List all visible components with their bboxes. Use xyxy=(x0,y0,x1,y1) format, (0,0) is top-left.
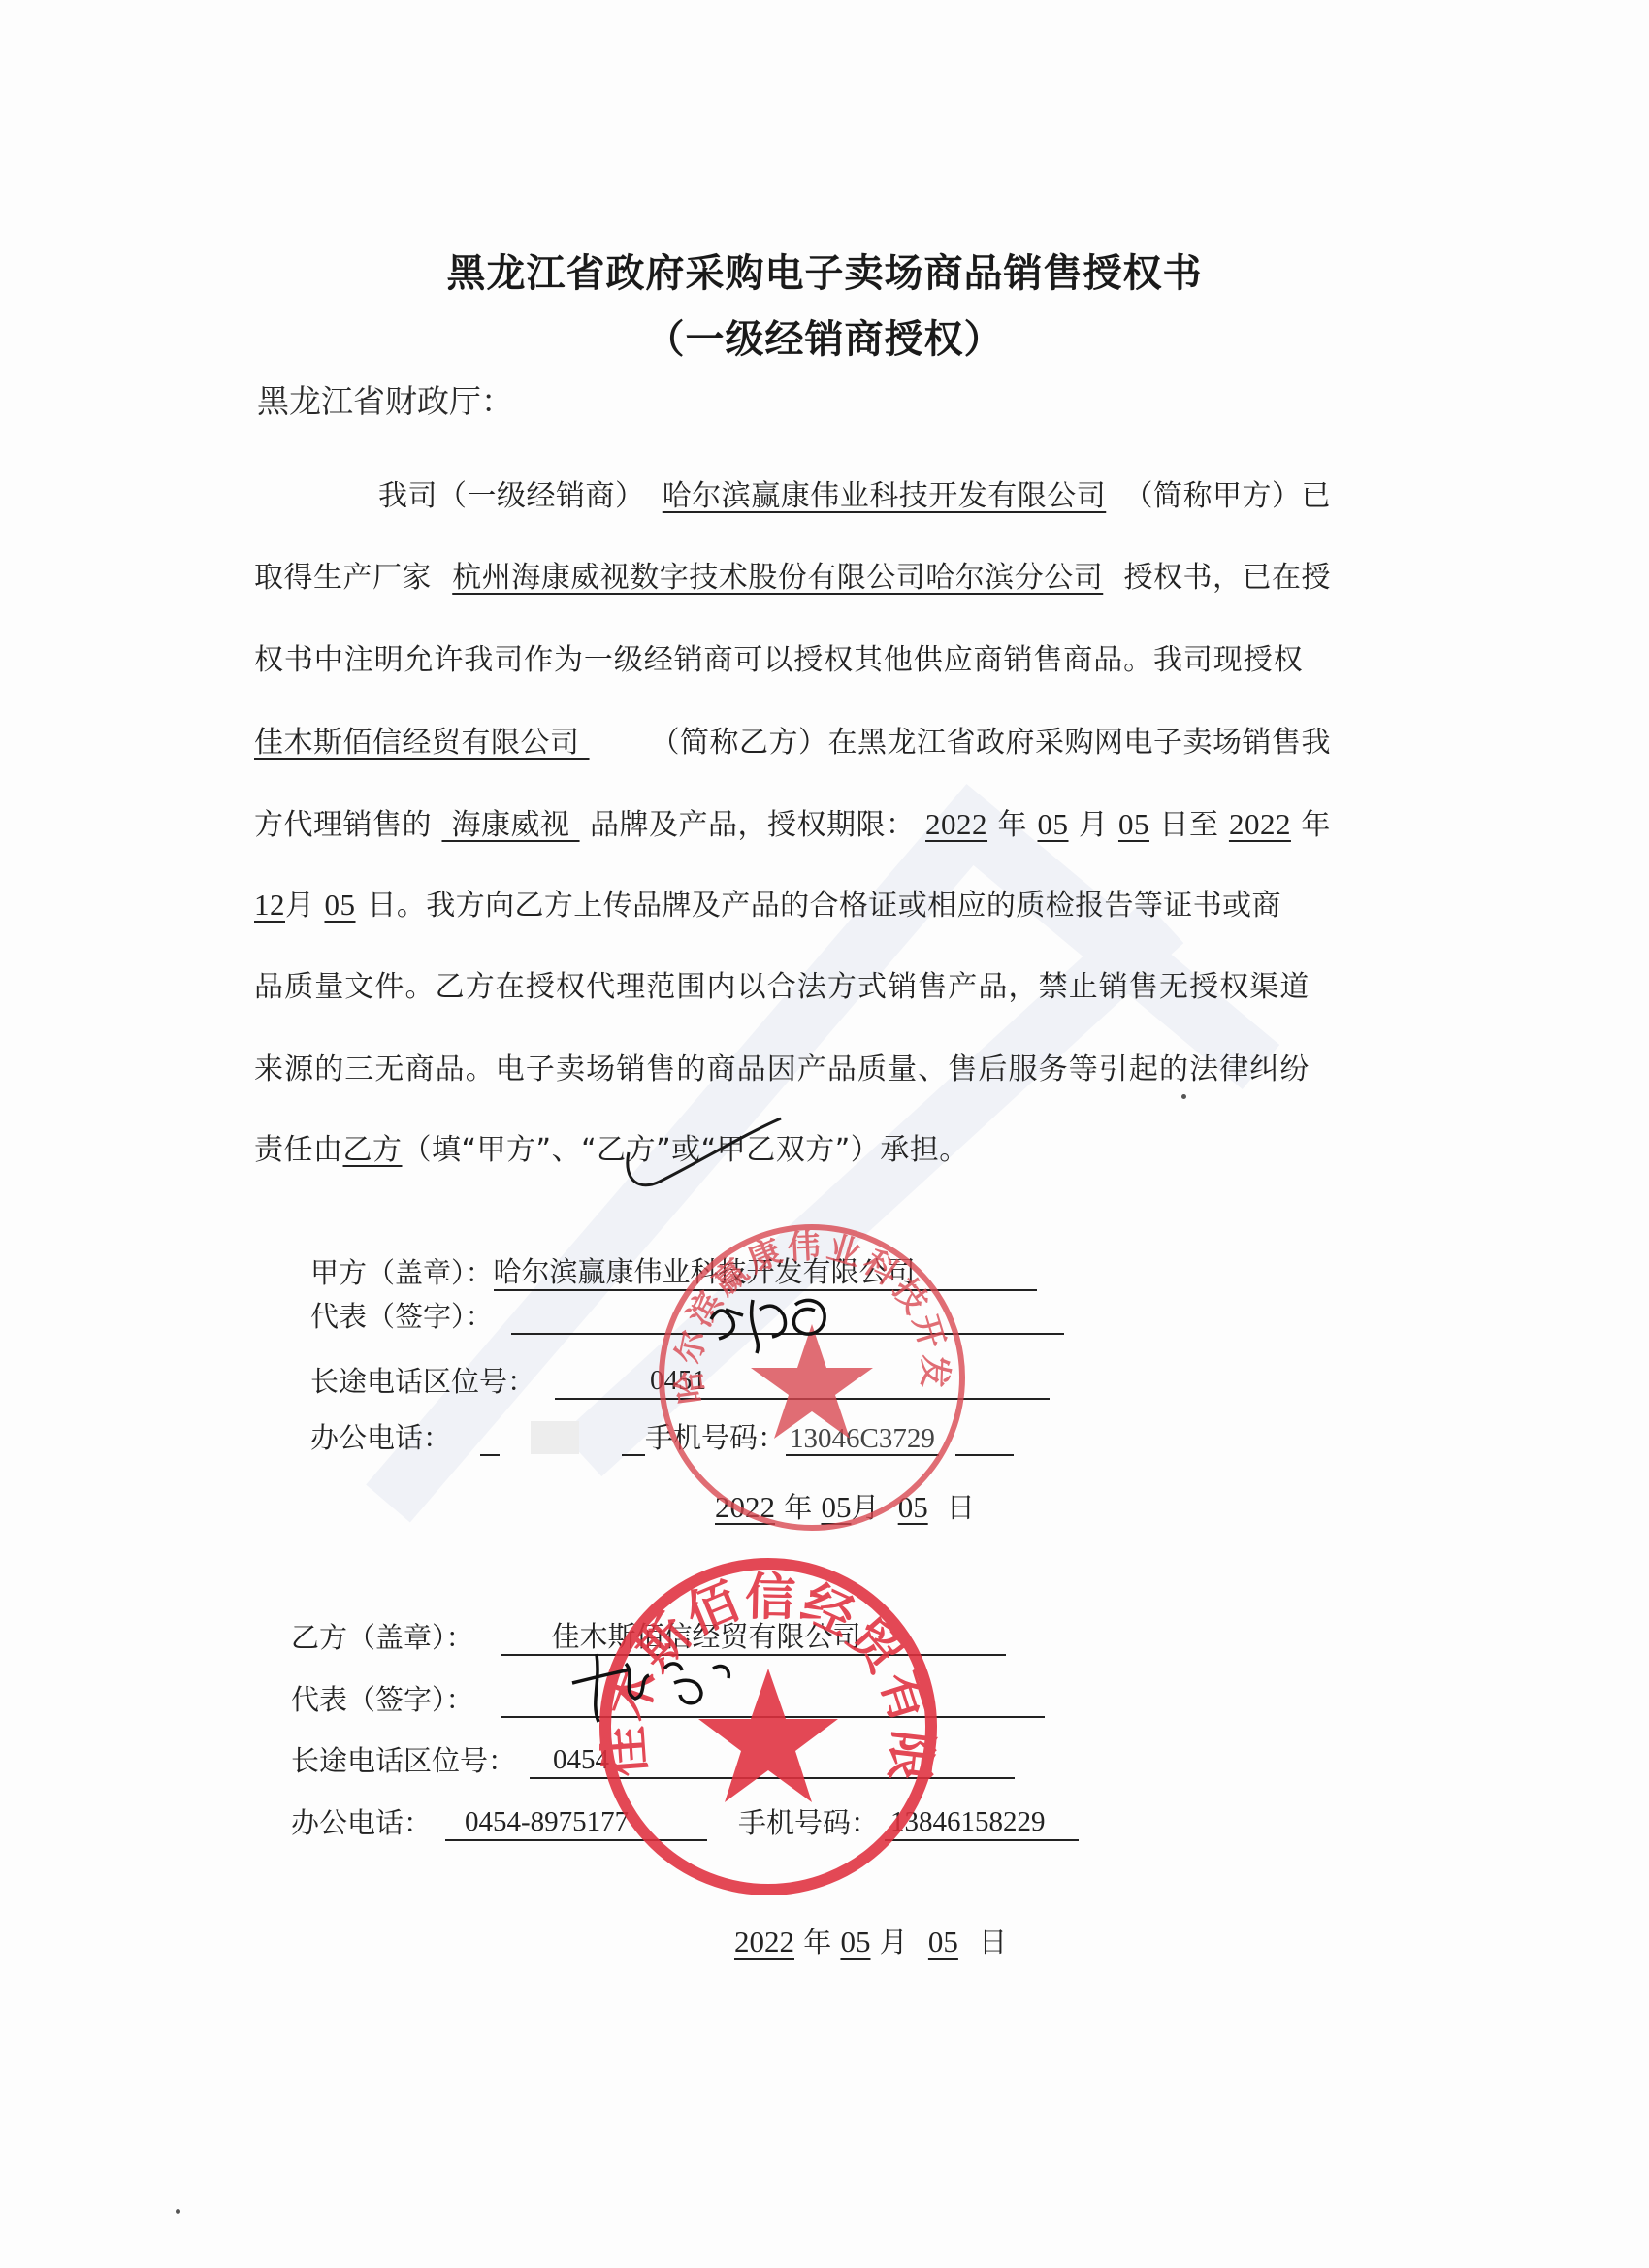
body-line-6: 12 月 05 日。我方向乙方上传品牌及产品的合格证或相应的质检报告等证书或商 xyxy=(254,881,1331,923)
start-month: 05 xyxy=(1038,807,1069,842)
party-b-rep-row: 代表（签字）： xyxy=(291,1678,1045,1718)
party-a-area-code-field: 0451 xyxy=(555,1363,1050,1400)
authorization-letter-page: 黑龙江省政府采购电子卖场商品销售授权书 （一级经销商授权） 黑龙江省财政厅： 我… xyxy=(0,0,1649,2268)
party-a-area-code-label: 长途电话区位号： xyxy=(310,1360,535,1400)
body-line-5: 方代理销售的 海康威视 品牌及产品，授权期限： 2022 年 05 月 05 日… xyxy=(254,800,1331,843)
party-a-office-phone-label: 办公电话： xyxy=(310,1416,451,1456)
scan-speck xyxy=(1181,1094,1186,1099)
party-a-phone-row: 办公电话： 手机号码： 13046C3729 xyxy=(310,1416,1014,1456)
body-line-8: 来源的三无商品。电子卖场销售的商品因产品质量、售后服务等引起的法律纠纷 xyxy=(254,1045,1331,1087)
party-b-mobile-label: 手机号码： xyxy=(738,1801,879,1841)
party-a-mobile-field: 13046C3729 xyxy=(786,1421,1014,1456)
party-a-seal-row: 甲方（盖章）： 哈尔滨赢康伟业科技开发有限公司 xyxy=(310,1251,1037,1291)
document-subtitle: （一级经销商授权） xyxy=(0,308,1649,364)
body-line-7: 品质量文件。乙方在授权代理范围内以合法方式销售产品，禁止销售无授权渠道 xyxy=(254,962,1331,1005)
party-b-rep-label: 代表（签字）： xyxy=(291,1678,474,1718)
brand-name: 海康威视 xyxy=(441,800,579,843)
body-line-1: 我司（一级经销商） 哈尔滨赢康伟业科技开发有限公司 （简称甲方）已 xyxy=(378,471,1331,514)
party-b-phone-row: 办公电话： 0454-8975177 手机号码： 13846158229 xyxy=(291,1801,1079,1841)
party-a-seal-label: 甲方（盖章）： xyxy=(310,1251,494,1291)
document-title: 黑龙江省政府采购电子卖场商品销售授权书 xyxy=(0,243,1649,298)
end-year: 2022 xyxy=(1229,807,1291,842)
end-month: 12 xyxy=(254,888,285,923)
party-b-seal-label: 乙方（盖章）： xyxy=(291,1616,474,1656)
party-a-area-code-row: 长途电话区位号： 0451 xyxy=(310,1360,1050,1400)
party-a-rep-field xyxy=(511,1298,1064,1335)
party-b-office-phone-label: 办公电话： xyxy=(291,1801,432,1841)
party-b-area-code-label: 长途电话区位号： xyxy=(291,1739,516,1779)
party-a-seal-field: 哈尔滨赢康伟业科技开发有限公司 xyxy=(494,1254,1037,1291)
party-b-date: 2022 年 05 月 05 日 xyxy=(734,1921,1007,1960)
party-a-date: 2022 年 05月 05 日 xyxy=(715,1486,975,1526)
body-line-2: 取得生产厂家 杭州海康威视数字技术股份有限公司哈尔滨分公司 授权书，已在授 xyxy=(254,553,1331,596)
party-b-rep-field xyxy=(501,1681,1045,1718)
party-b-area-code-field: 0454 xyxy=(530,1742,1015,1779)
addressee: 黑龙江省财政厅： xyxy=(257,376,513,422)
start-day: 05 xyxy=(1118,807,1149,842)
party-b-company-seal: 佳木斯佰信经贸有限公司 xyxy=(594,1552,943,1901)
party-b-seal-row: 乙方（盖章）： 佳木斯佰信经贸有限公司 xyxy=(291,1616,1006,1656)
party-b-mobile-field: 13846158229 xyxy=(885,1804,1079,1841)
party-a-mobile-label: 手机号码： xyxy=(645,1416,786,1456)
distributor-name: 哈尔滨赢康伟业科技开发有限公司 xyxy=(663,471,1107,514)
body-line-3: 权书中注明允许我司作为一级经销商可以授权其他供应商销售商品。我司现授权 xyxy=(254,635,1331,678)
party-b-area-code-row: 长途电话区位号： 0454 xyxy=(291,1739,1015,1779)
liability-party: 乙方 xyxy=(343,1133,403,1167)
party-b-office-phone-field: 0454-8975177 xyxy=(445,1804,707,1841)
redacted-office-phone xyxy=(531,1421,579,1454)
party-b-seal-field: 佳木斯佰信经贸有限公司 xyxy=(501,1619,1006,1656)
end-day: 05 xyxy=(325,888,356,923)
party-a-rep-label: 代表（签字）： xyxy=(310,1295,494,1335)
manufacturer-name: 杭州海康威视数字技术股份有限公司哈尔滨分公司 xyxy=(452,553,1103,596)
authorized-supplier-name: 佳木斯佰信经贸有限公司 xyxy=(254,718,590,761)
party-a-rep-row: 代表（签字）： xyxy=(310,1295,1064,1335)
party-a-office-phone-field xyxy=(480,1421,645,1456)
start-year: 2022 xyxy=(925,807,987,842)
scan-speck xyxy=(176,2209,180,2214)
body-line-4: 佳木斯佰信经贸有限公司 （简称乙方）在黑龙江省政府采购网电子卖场销售我 xyxy=(254,718,1331,761)
body-line-9: 责任由乙方（填“甲方”、“乙方”或“甲乙双方”）承担。 xyxy=(254,1125,1331,1168)
